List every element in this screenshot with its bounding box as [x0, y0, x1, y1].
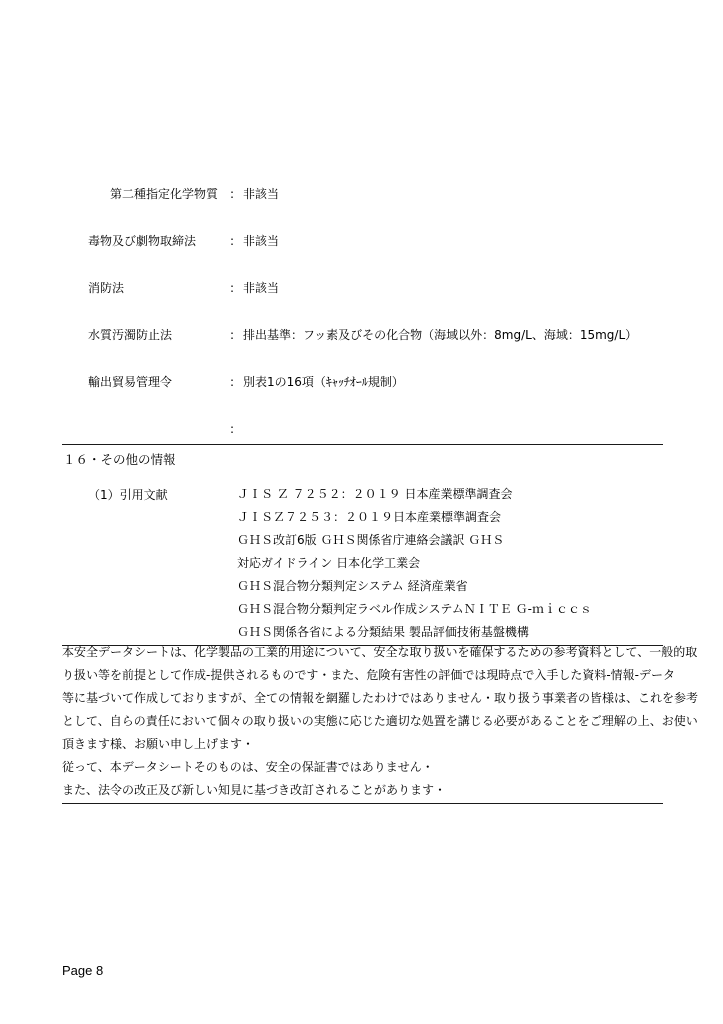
reference-item: 対応ガイドライン 日本化学工業会: [237, 552, 592, 575]
reference-item: ＧＨＳ改訂6版 ＧＨＳ関係省庁連絡会議訳 ＧＨＳ: [237, 529, 592, 552]
regulation-row-empty: :: [0, 421, 723, 437]
page-number: Page 8: [62, 963, 103, 978]
section-divider-top: [62, 444, 663, 445]
regulation-separator: :: [230, 186, 234, 202]
regulation-value: 非該当: [243, 280, 279, 296]
regulation-row: 第二種指定化学物質 : 非該当: [0, 186, 723, 202]
regulation-value: 非該当: [243, 186, 279, 202]
regulation-separator: :: [230, 280, 234, 296]
disclaimer-line: 本安全データシートは、化学製品の工業的用途について、安全な取り扱いを確保するため…: [62, 641, 698, 664]
regulation-label: 輸出貿易管理令: [88, 374, 172, 390]
reference-item: ＪＩＳＺ７２５３：２０１９日本産業標準調査会: [237, 506, 592, 529]
regulation-value: 非該当: [243, 233, 279, 249]
disclaimer-text: 本安全データシートは、化学製品の工業的用途について、安全な取り扱いを確保するため…: [62, 641, 698, 802]
regulation-row: 水質汚濁防止法 : 排出基準：フッ素及びその化合物（海域以外：8mg/L、海域：…: [0, 327, 723, 343]
regulation-separator: :: [230, 374, 234, 390]
disclaimer-line: 従って、本データシートそのものは、安全の保証書ではありません・: [62, 756, 698, 779]
sds-document-page: 第二種指定化学物質 : 非該当 毒物及び劇物取締法 : 非該当 消防法 : 非該…: [0, 0, 723, 1024]
regulation-separator: :: [230, 233, 234, 249]
regulation-row: 毒物及び劇物取締法 : 非該当: [0, 233, 723, 249]
regulation-label: 毒物及び劇物取締法: [88, 233, 196, 249]
disclaimer-line: として、自らの責任において個々の取り扱いの実態に応じた適切な処置を講じる必要があ…: [62, 710, 698, 733]
reference-item: ＧＨＳ混合物分類判定ラベル作成システムＮＩＴＥ Ｇ-ｍｉｃｃｓ: [237, 598, 592, 621]
reference-item: ＪＩＳ Ｚ ７２５２：２０１９ 日本産業標準調査会: [237, 483, 592, 506]
regulation-value: 排出基準：フッ素及びその化合物（海域以外：8mg/L、海域：15mg/L）: [243, 327, 637, 343]
regulation-separator: :: [230, 327, 234, 343]
disclaimer-line: り扱い等を前提として作成-提供されるものです・また、危険有害性の評価では現時点で…: [62, 664, 698, 687]
regulation-separator: :: [230, 421, 234, 437]
regulation-label: 消防法: [88, 280, 124, 296]
disclaimer-line: 等に基づいて作成しておりますが、全ての情報を網羅したわけではありません・取り扱う…: [62, 687, 698, 710]
regulation-label: 第二種指定化学物質: [110, 186, 218, 202]
regulation-row: 消防法 : 非該当: [0, 280, 723, 296]
disclaimer-divider-bottom: [62, 803, 663, 804]
reference-item: ＧＨＳ混合物分類判定システム 経済産業省: [237, 575, 592, 598]
regulation-row: 輸出貿易管理令 : 別表1の16項（ｷｬｯﾁｵｰﾙ規制）: [0, 374, 723, 390]
citation-label: （1）引用文献: [88, 486, 168, 503]
regulation-value: 別表1の16項（ｷｬｯﾁｵｰﾙ規制）: [243, 374, 404, 390]
disclaimer-line: 頂きます様、お願い申し上げます・: [62, 733, 698, 756]
reference-list: ＪＩＳ Ｚ ７２５２：２０１９ 日本産業標準調査会 ＪＩＳＺ７２５３：２０１９日…: [237, 483, 592, 644]
disclaimer-line: また、法令の改正及び新しい知見に基づき改訂されることがあります・: [62, 779, 698, 802]
section-heading: １６・その他の情報: [63, 453, 176, 467]
regulation-label: 水質汚濁防止法: [88, 327, 172, 343]
